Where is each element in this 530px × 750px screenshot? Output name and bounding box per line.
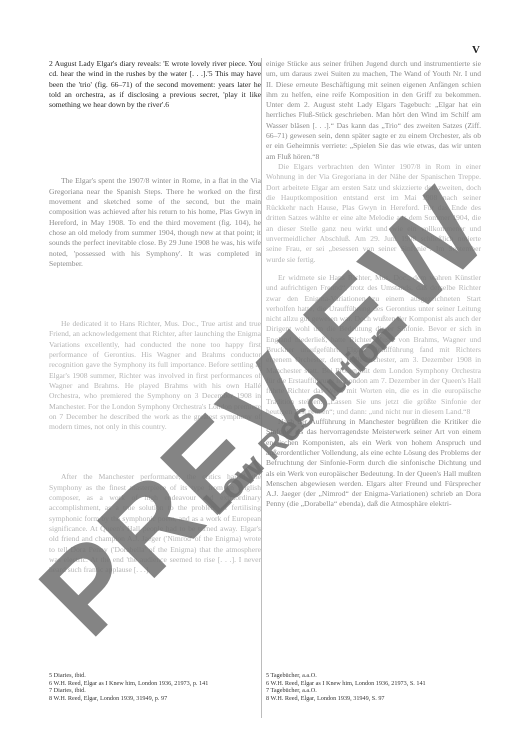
paragraph-widmung: Er widmete sie Hans Richter, Mus. Doc., …	[266, 273, 481, 417]
footnote: 8 W.H. Reed, Elgar, London 1939, 31949, …	[49, 695, 261, 703]
paragraph-jugend: einige Stücke aus seiner frühen Jugend d…	[266, 59, 481, 162]
footnotes-english: 5 Diaries, ibid. 6 W.H. Reed, Elgar as I…	[49, 672, 261, 702]
paragraph-auffuehrung: Nach der Aufführung in Manchester begrüß…	[266, 417, 481, 510]
paragraph-rome: The Elgar's spent the 1907/8 winter in R…	[49, 176, 261, 269]
footnote: 7 Diaries, ibid.	[49, 687, 261, 695]
paragraph-rom: Die Elgars verbrachten den Winter 1907/8…	[266, 162, 481, 265]
footnote: 5 Diaries, ibid.	[49, 672, 261, 680]
footnote: 6 W.H. Reed, Elgar as I Knew him, London…	[266, 680, 481, 688]
footnote: 5 Tagebücher, a.a.O.	[266, 672, 481, 680]
footnote: 7 Tagebücher, a.a.O.	[266, 687, 481, 695]
right-column-german: einige Stücke aus seiner frühen Jugend d…	[266, 59, 481, 510]
paragraph-diary: 2 August Lady Elgar's diary reveals: 'E …	[49, 59, 261, 110]
paragraph-dedication: He dedicated it to Hans Richter, Mus. Do…	[49, 319, 261, 432]
left-column-english: 2 August Lady Elgar's diary reveals: 'E …	[49, 59, 261, 575]
column-divider	[261, 58, 262, 718]
footnote: 6 W.H. Reed, Elgar as I Knew him, London…	[49, 680, 261, 688]
paragraph-reception: After the Manchester performance, the cr…	[49, 472, 261, 575]
footnotes-german: 5 Tagebücher, a.a.O. 6 W.H. Reed, Elgar …	[266, 672, 481, 702]
page-number: V	[472, 44, 480, 56]
footnote: 8 W.H. Reed, Elgar, London 1939, 31949, …	[266, 695, 481, 703]
